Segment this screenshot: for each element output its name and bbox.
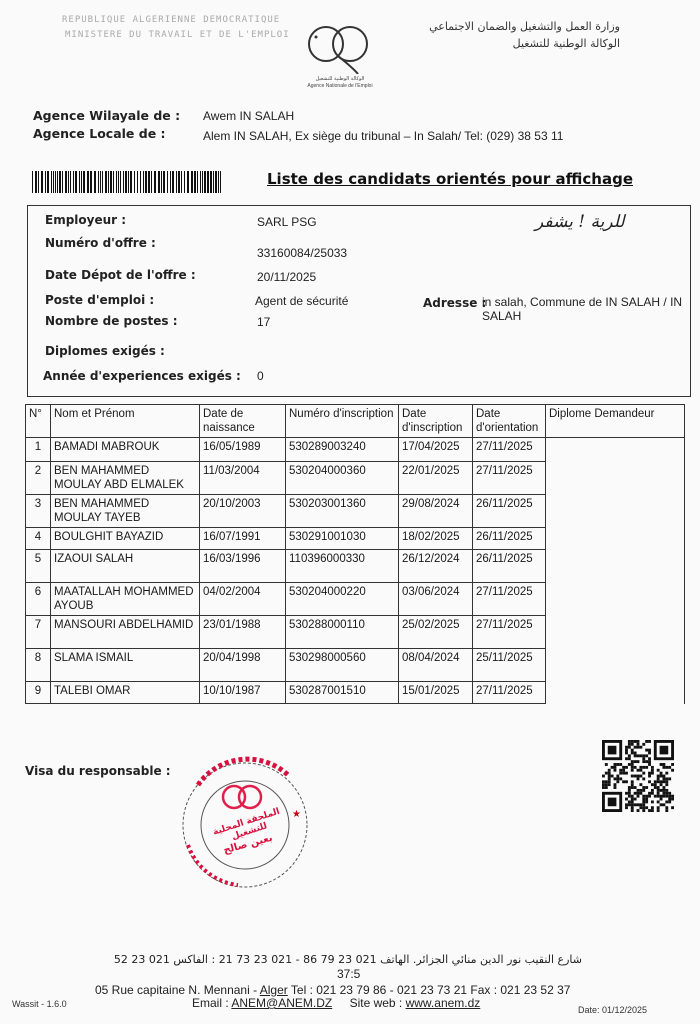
candidate-name: BOULGHIT BAYAZID (51, 528, 200, 550)
inscription-date: 17/04/2025 (399, 438, 473, 462)
candidate-diplome (546, 682, 685, 704)
employeur-label: Employeur : (45, 213, 126, 227)
row-number: 3 (26, 495, 51, 528)
agence-locale-label: Agence Locale de : (33, 126, 166, 141)
row-number: 2 (26, 462, 51, 495)
header-orientation-date: Date d'orientation (473, 405, 546, 438)
qr-code-icon (602, 740, 674, 812)
adresse-value-line-2: SALAH (482, 309, 521, 323)
site-link[interactable]: www.anem.dz (406, 996, 481, 1010)
barcode-icon (32, 171, 224, 193)
visa-label: Visa du responsable : (25, 764, 171, 778)
poste-emploi-label: Poste d'emploi : (45, 293, 154, 307)
logo-caption-fr: Agence Nationale de l'Emploi (290, 83, 390, 89)
table-row: 2BEN MAHAMMED MOULAY ABD ELMALEK11/03/20… (26, 462, 685, 495)
header-faded-line-1: REPUBLIQUE ALGERIENNE DEMOCRATIQUE (62, 15, 280, 25)
orientation-date: 27/11/2025 (473, 438, 546, 462)
row-number: 9 (26, 682, 51, 704)
orientation-date: 25/11/2025 (473, 649, 546, 682)
agence-wilayale-label: Agence Wilayale de : (33, 108, 180, 123)
candidate-name: MAATALLAH MOHAMMED AYOUB (51, 583, 200, 616)
orientation-date: 27/11/2025 (473, 462, 546, 495)
numero-offre-value: 33160084/25033 (257, 246, 347, 260)
experience-value: 0 (257, 369, 264, 383)
candidate-diplome (546, 438, 685, 462)
ministry-name-ar: وزارة العمل والتشغيل والضمان الاجتماعي (429, 20, 620, 33)
candidate-name: BEN MAHAMMED MOULAY ABD ELMALEK (51, 462, 200, 495)
email-label: Email : (192, 996, 231, 1010)
birth-date: 16/03/1996 (200, 550, 286, 583)
table-header-row: N° Nom et Prénom Date de naissance Numér… (26, 405, 685, 438)
header-faded-line-2: MINISTERE DU TRAVAIL ET DE L'EMPLOI (65, 30, 290, 40)
header-inscription-date: Date d'inscription (399, 405, 473, 438)
orientation-date: 26/11/2025 (473, 495, 546, 528)
candidates-table-container: N° Nom et Prénom Date de naissance Numér… (25, 404, 685, 704)
numero-offre-label: Numéro d'offre : (45, 236, 156, 250)
inscription-date: 08/04/2024 (399, 649, 473, 682)
footer-web: Email : ANEM@ANEM.DZ Site web : www.anem… (192, 996, 480, 1010)
email-link[interactable]: ANEM@ANEM.DZ (231, 996, 332, 1010)
poste-emploi-value: Agent de sécurité (255, 294, 348, 308)
orientation-date: 27/11/2025 (473, 616, 546, 649)
anem-logo (298, 16, 384, 74)
header-name: Nom et Prénom (51, 405, 200, 438)
experience-label: Année d'experiences exigés : (43, 369, 241, 383)
row-number: 8 (26, 649, 51, 682)
anem-logo-icon (298, 16, 384, 74)
table-row: 7MANSOURI ABDELHAMID23/01/19885302880001… (26, 616, 685, 649)
employeur-value: SARL PSG (257, 215, 317, 229)
inscription-number: 530291001030 (286, 528, 399, 550)
inscription-date: 29/08/2024 (399, 495, 473, 528)
birth-date: 10/10/1987 (200, 682, 286, 704)
table-row: 5IZAOUI SALAH16/03/199611039600033026/12… (26, 550, 685, 583)
adresse-value-line-1: in salah, Commune de IN SALAH / IN (482, 295, 682, 309)
candidate-name: IZAOUI SALAH (51, 550, 200, 583)
nombre-postes-label: Nombre de postes : (45, 314, 178, 328)
birth-date: 16/05/1989 (200, 438, 286, 462)
row-number: 6 (26, 583, 51, 616)
candidate-diplome (546, 495, 685, 528)
header-birth-date: Date de naissance (200, 405, 286, 438)
inscription-number: 110396000330 (286, 550, 399, 583)
candidate-diplome (546, 528, 685, 550)
footer-city: Alger (260, 983, 288, 997)
nombre-postes-value: 17 (257, 315, 270, 329)
official-stamp: ★ الملحقة المحلية للتشغيل بعين صالح (178, 755, 313, 895)
orientation-date: 27/11/2025 (473, 682, 546, 704)
agency-name-ar: الوكالة الوطنية للتشغيل (513, 37, 620, 50)
inscription-date: 25/02/2025 (399, 616, 473, 649)
inscription-number: 530203001360 (286, 495, 399, 528)
inscription-date: 22/01/2025 (399, 462, 473, 495)
inscription-number: 530288000110 (286, 616, 399, 649)
handwritten-note: للرية ! يشفر (535, 212, 625, 232)
table-row: 1BAMADI MABROUK16/05/198953028900324017/… (26, 438, 685, 462)
diplomes-exiges-label: Diplomes exigés : (45, 344, 165, 358)
document-title: Liste des candidats orientés pour affich… (267, 170, 633, 188)
orientation-date: 27/11/2025 (473, 583, 546, 616)
footer-contacts: Tel : 021 23 79 86 - 021 23 73 21 Fax : … (288, 983, 571, 997)
date-depot-value: 20/11/2025 (257, 270, 316, 284)
candidate-diplome (546, 616, 685, 649)
barcode (32, 171, 224, 193)
row-number: 7 (26, 616, 51, 649)
candidate-name: BAMADI MABROUK (51, 438, 200, 462)
candidate-diplome (546, 649, 685, 682)
footer-street: 05 Rue capitaine N. Mennani - (95, 983, 260, 997)
candidate-name: BEN MAHAMMED MOULAY TAYEB (51, 495, 200, 528)
table-row: 3BEN MAHAMMED MOULAY TAYEB20/10/20035302… (26, 495, 685, 528)
date-depot-label: Date Dépot de l'offre : (45, 268, 196, 282)
footer-address-ar-2: 37:5 (337, 967, 360, 981)
site-label: Site web : (350, 996, 406, 1010)
row-number: 1 (26, 438, 51, 462)
row-number: 4 (26, 528, 51, 550)
header-inscription-number: Numéro d'inscription (286, 405, 399, 438)
agence-locale-value: Alem IN SALAH, Ex siège du tribunal – In… (203, 129, 563, 143)
print-date: Date: 01/12/2025 (578, 1005, 647, 1015)
row-number: 5 (26, 550, 51, 583)
birth-date: 20/10/2003 (200, 495, 286, 528)
candidate-diplome (546, 583, 685, 616)
inscription-number: 530204000220 (286, 583, 399, 616)
candidate-diplome (546, 462, 685, 495)
svg-text:★: ★ (292, 809, 301, 820)
birth-date: 11/03/2004 (200, 462, 286, 495)
inscription-number: 530289003240 (286, 438, 399, 462)
birth-date: 16/07/1991 (200, 528, 286, 550)
adresse-label: Adresse : (423, 296, 486, 310)
agence-wilayale-value: Awem IN SALAH (203, 109, 294, 123)
header-number: N° (26, 405, 51, 438)
inscription-date: 15/01/2025 (399, 682, 473, 704)
inscription-date: 26/12/2024 (399, 550, 473, 583)
logo-caption-ar: الوكالة الوطنية للتشغيل (290, 76, 390, 82)
candidate-name: MANSOURI ABDELHAMID (51, 616, 200, 649)
table-row: 6MAATALLAH MOHAMMED AYOUB04/02/200453020… (26, 583, 685, 616)
inscription-number: 530298000560 (286, 649, 399, 682)
inscription-number: 530204000360 (286, 462, 399, 495)
header-diplome: Diplome Demandeur (546, 405, 685, 438)
candidate-name: TALEBI OMAR (51, 682, 200, 704)
footer-address-fr: 05 Rue capitaine N. Mennani - Alger Tel … (95, 983, 570, 997)
orientation-date: 26/11/2025 (473, 528, 546, 550)
birth-date: 20/04/1998 (200, 649, 286, 682)
table-row: 8SLAMA ISMAIL20/04/199853029800056008/04… (26, 649, 685, 682)
birth-date: 04/02/2004 (200, 583, 286, 616)
table-row: 4BOULGHIT BAYAZID16/07/19915302910010301… (26, 528, 685, 550)
qr-code (602, 740, 674, 812)
inscription-date: 03/06/2024 (399, 583, 473, 616)
candidates-table: N° Nom et Prénom Date de naissance Numér… (25, 404, 685, 704)
birth-date: 23/01/1988 (200, 616, 286, 649)
software-version: Wassit - 1.6.0 (12, 999, 67, 1009)
candidate-diplome (546, 550, 685, 583)
candidate-name: SLAMA ISMAIL (51, 649, 200, 682)
table-row: 9TALEBI OMAR10/10/198753028700151015/01/… (26, 682, 685, 704)
inscription-number: 530287001510 (286, 682, 399, 704)
inscription-date: 18/02/2025 (399, 528, 473, 550)
footer-address-ar: شارع النقيب نور الدين منائي الجزائر. اله… (100, 953, 582, 966)
orientation-date: 26/11/2025 (473, 550, 546, 583)
